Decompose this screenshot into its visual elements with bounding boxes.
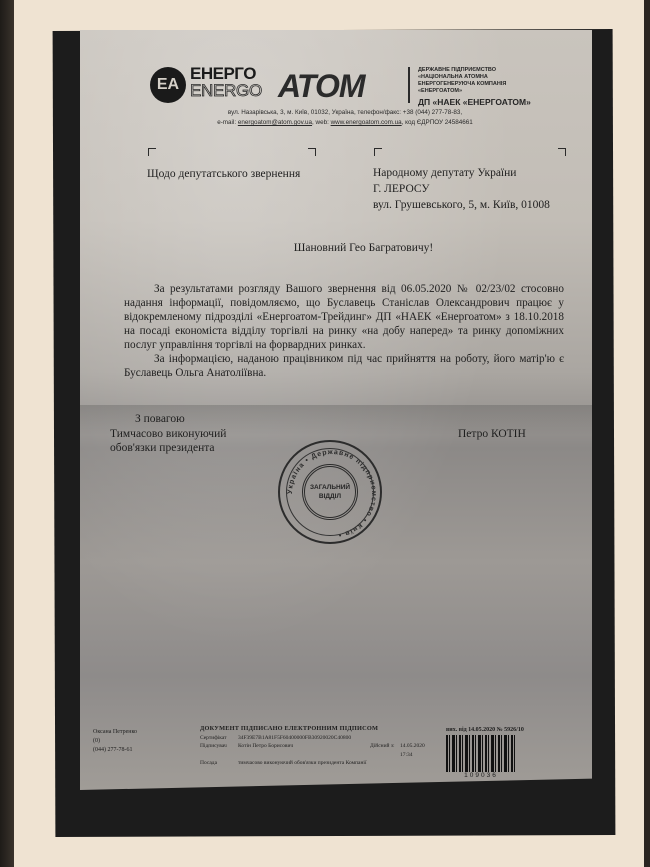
executor-name: Оксана Петренко	[93, 728, 137, 737]
org-short-name: ДП «НАЕК «ЕНЕРГОАТОМ»	[418, 97, 588, 108]
energoatom-logo-icon: EA	[150, 67, 186, 103]
letterhead: EA ЕНЕРГО ENERGO АТОМ ДЕРЖАВНЕ ПІДПРИЄМС…	[150, 65, 570, 105]
stamp-center-text: ВІДДІЛ	[319, 492, 341, 501]
barcode-number: 109036	[446, 772, 516, 779]
logo-word-en: ENERGO	[190, 82, 262, 100]
valid-time: 17:34	[400, 752, 413, 758]
contacts-line: e-mail: energoatom@atom.gov.ua, web: www…	[170, 118, 520, 128]
logo-divider	[408, 67, 410, 103]
valid-value: 14.05.2020 17:34	[400, 742, 430, 759]
stamp-center-text: ЗАГАЛЬНИЙ	[310, 483, 350, 492]
document-footer: Оксана Петренко (0) (044) 277-78-61 ДОКУ…	[80, 725, 592, 785]
executor-ext: (0)	[93, 737, 137, 746]
barcode-icon	[446, 735, 516, 772]
official-stamp: Україна • Державне підприємство • Київ •…	[278, 440, 382, 544]
recipient-name: Г. ЛЕРОСУ	[373, 181, 550, 197]
position-value: тимчасово виконуючий обов'язки президент…	[238, 759, 430, 768]
registration-number: вих. від 14.05.2020 № 5926/10	[446, 727, 526, 733]
field-corner-mark	[558, 148, 566, 156]
org-line: ДЕРЖАВНЕ ПІДПРИЄМСТВО	[418, 67, 588, 74]
letter-page: EA ЕНЕРГО ENERGO АТОМ ДЕРЖАВНЕ ПІДПРИЄМС…	[80, 30, 592, 790]
org-line: «НАЦІОНАЛЬНА АТОМНА	[418, 74, 588, 81]
background-edge-right	[644, 0, 650, 867]
recipient-block: Народному депутату України Г. ЛЕРОСУ вул…	[373, 165, 550, 213]
esig-certificate-row: Сертифікат 34F39E7B1A81F5F60400000FB3092…	[200, 734, 430, 743]
position-label: Посада	[200, 759, 238, 768]
background-edge-left	[0, 0, 14, 867]
body-paragraph: За інформацією, наданою працівником під …	[124, 352, 564, 380]
esig-title: ДОКУМЕНТ ПІДПИСАНО ЕЛЕКТРОННИМ ПІДПИСОМ	[200, 725, 430, 734]
org-line: ЕНЕРГОГЕНЕРУЮЧА КОМПАНІЯ	[418, 81, 588, 88]
cert-label: Сертифікат	[200, 734, 238, 743]
field-corner-mark	[148, 148, 156, 156]
letter-subject: Щодо депутатського звернення	[147, 168, 300, 180]
recipient-title: Народному депутату України	[373, 165, 550, 181]
email-label: e-mail:	[217, 119, 236, 126]
closing-block: З повагою Тимчасово виконуючий обов'язки…	[110, 412, 226, 456]
letter-body: За результатами розгляду Вашого зверненн…	[124, 282, 564, 380]
electronic-signature-block: ДОКУМЕНТ ПІДПИСАНО ЕЛЕКТРОННИМ ПІДПИСОМ …	[200, 725, 430, 768]
address-line: вул. Назарівська, 3, м. Київ, 01032, Укр…	[170, 108, 520, 118]
recipient-address: вул. Грушевського, 5, м. Київ, 01008	[373, 197, 550, 213]
esig-position-row: Посада тимчасово виконуючий обов'язки пр…	[200, 759, 430, 768]
signer-label: Підписувач	[200, 742, 238, 759]
signer-position: обов'язки президента	[110, 441, 226, 456]
field-corner-mark	[308, 148, 316, 156]
signer-position: Тимчасово виконуючий	[110, 427, 226, 442]
valid-label: Дійсний з:	[370, 742, 400, 759]
esig-signer-row: Підписувач Котін Петро Борисович Дійсний…	[200, 742, 430, 759]
edrpou-code: код ЄДРПОУ 24584661	[405, 119, 473, 126]
stamp-center: ЗАГАЛЬНИЙ ВІДДІЛ	[302, 464, 358, 520]
email-link[interactable]: energoatom@atom.gov.ua	[238, 119, 312, 126]
signer-value: Котін Петро Борисович	[238, 742, 370, 759]
valid-date: 14.05.2020	[400, 743, 425, 749]
closing-regards: З повагою	[110, 412, 226, 427]
field-corner-mark	[374, 148, 382, 156]
registration-barcode: вих. від 14.05.2020 № 5926/10 109036	[446, 727, 526, 779]
web-link[interactable]: www.energoatom.com.ua	[331, 119, 402, 126]
organization-name: ДЕРЖАВНЕ ПІДПРИЄМСТВО «НАЦІОНАЛЬНА АТОМН…	[418, 67, 588, 108]
salutation: Шановний Гео Багратовичу!	[80, 242, 592, 254]
executor-contact: Оксана Петренко (0) (044) 277-78-61	[93, 728, 137, 755]
web-label: web:	[316, 119, 329, 126]
logo-word-atom: АТОМ	[278, 70, 365, 102]
letterhead-address: вул. Назарівська, 3, м. Київ, 01032, Укр…	[170, 108, 520, 128]
org-line: «ЕНЕРГОАТОМ»	[418, 88, 588, 95]
signer-name: Петро КОТІН	[458, 428, 526, 440]
body-paragraph: За результатами розгляду Вашого зверненн…	[124, 282, 564, 352]
cert-value: 34F39E7B1A81F5F60400000FB30920020C40800	[238, 734, 430, 743]
executor-phone: (044) 277-78-61	[93, 746, 137, 755]
